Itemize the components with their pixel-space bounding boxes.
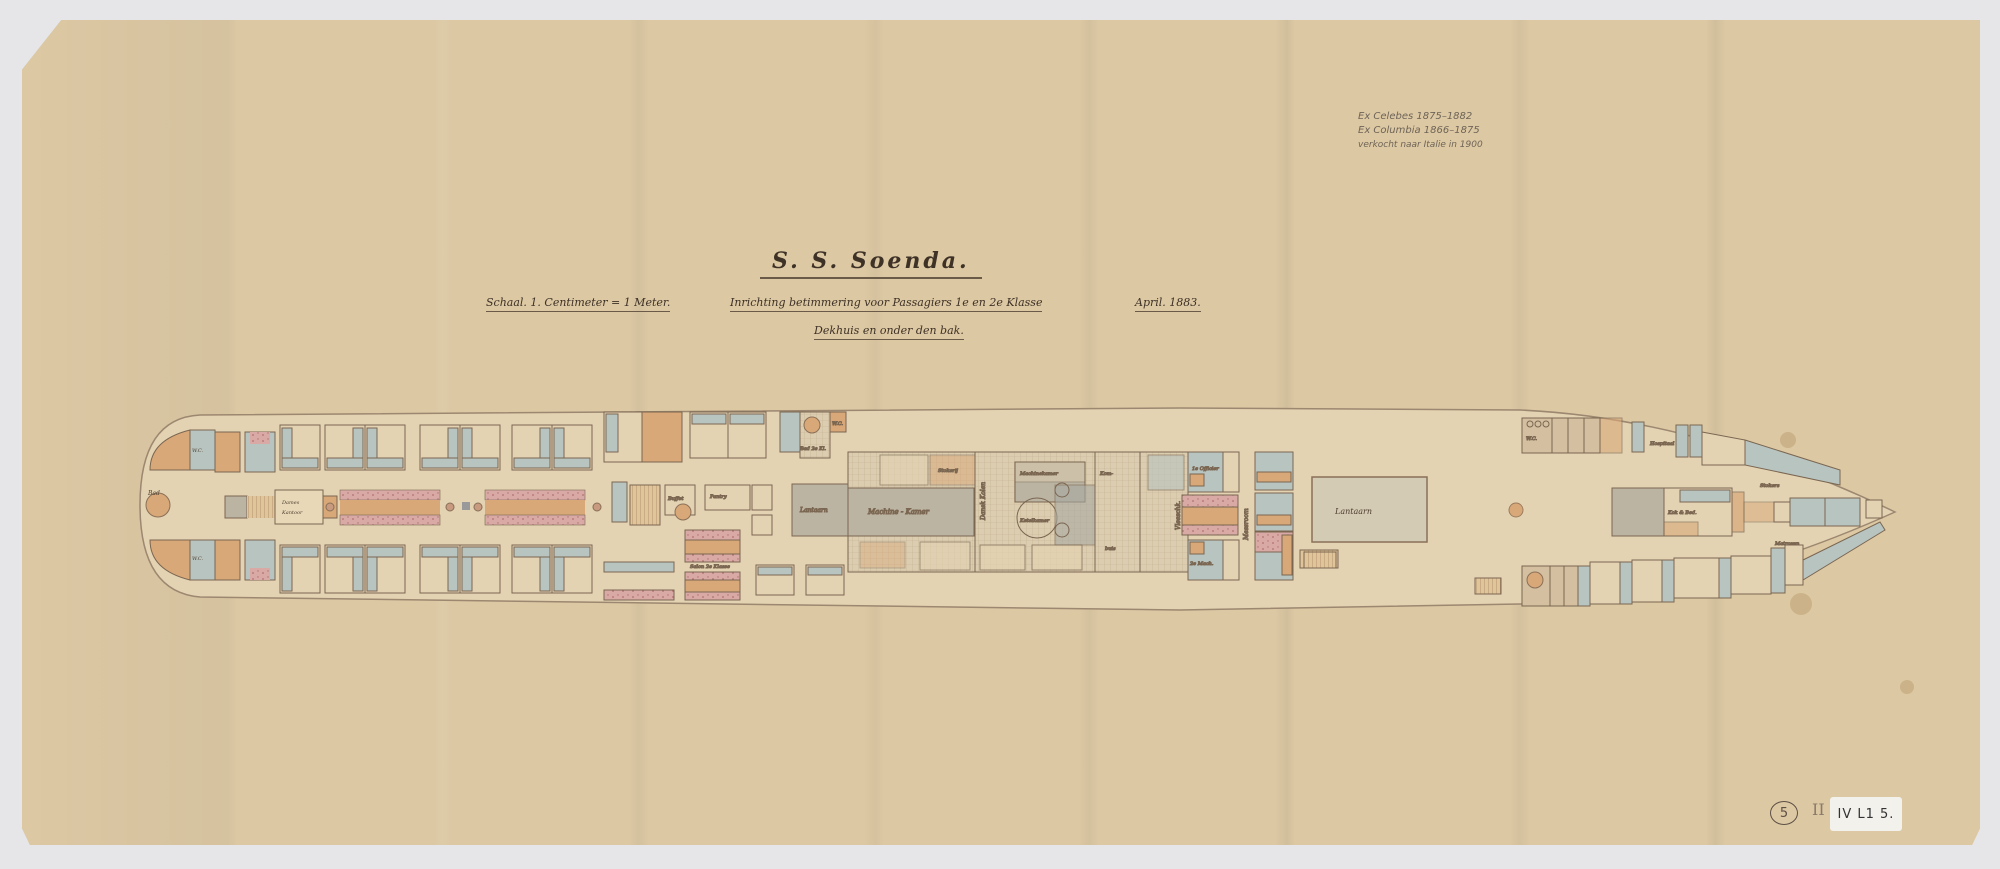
svg-text:Buffet: Buffet: [667, 496, 684, 502]
svg-text:W.C.: W.C.: [832, 421, 844, 427]
svg-text:1e Officier: 1e Officier: [1192, 466, 1219, 472]
svg-text:Stokerij: Stokerij: [938, 468, 958, 474]
svg-text:Bad 2e Kl.: Bad 2e Kl.: [799, 446, 827, 452]
svg-text:Dames: Dames: [281, 500, 300, 506]
catalog-number-circled: 5: [1770, 801, 1798, 825]
svg-text:2e Mach.: 2e Mach.: [1189, 561, 1214, 567]
svg-text:Kok & Bed.: Kok & Bed.: [1667, 510, 1697, 516]
engine-section: Lantaarn Machine - Kamer Stokerij Dansk …: [792, 452, 1188, 572]
svg-text:Lantaarn: Lantaarn: [1334, 507, 1372, 516]
svg-text:Lantaarn: Lantaarn: [799, 507, 828, 514]
svg-text:Bad: Bad: [147, 490, 160, 497]
skylight: Lantaarn: [1312, 477, 1427, 542]
svg-text:Pantry: Pantry: [709, 494, 727, 500]
first-class-saloon: Dames Kantoor: [225, 490, 601, 525]
catalog-faint-mark: II: [1812, 800, 1825, 819]
deck-plan-diagram: Bad W.C. W.C. Dames Kantoor: [0, 0, 2000, 869]
svg-text:W.C.: W.C.: [1526, 436, 1538, 442]
svg-text:W.C.: W.C.: [192, 556, 204, 562]
svg-text:Machinekamer: Machinekamer: [1019, 471, 1059, 477]
mast-circle: [1509, 503, 1523, 517]
svg-text:Kantoor: Kantoor: [281, 510, 303, 516]
svg-text:buis: buis: [1105, 546, 1116, 552]
svg-text:Salon 2e Klasse: Salon 2e Klasse: [690, 564, 730, 570]
svg-text:W.C.: W.C.: [192, 448, 204, 454]
svg-text:Vleeschk.: Vleeschk.: [1175, 501, 1182, 530]
svg-text:Messroom: Messroom: [1243, 508, 1250, 541]
svg-text:Stokers: Stokers: [1760, 483, 1780, 489]
svg-text:Kom-: Kom-: [1099, 471, 1113, 477]
svg-text:Machine - Kamer: Machine - Kamer: [867, 508, 930, 516]
svg-text:Dansk Kolen: Dansk Kolen: [980, 482, 987, 521]
svg-text:Hospitaal: Hospitaal: [1649, 441, 1675, 447]
svg-text:Ketelkamer: Ketelkamer: [1019, 518, 1050, 524]
catalog-label: IV L1 5.: [1830, 797, 1902, 831]
